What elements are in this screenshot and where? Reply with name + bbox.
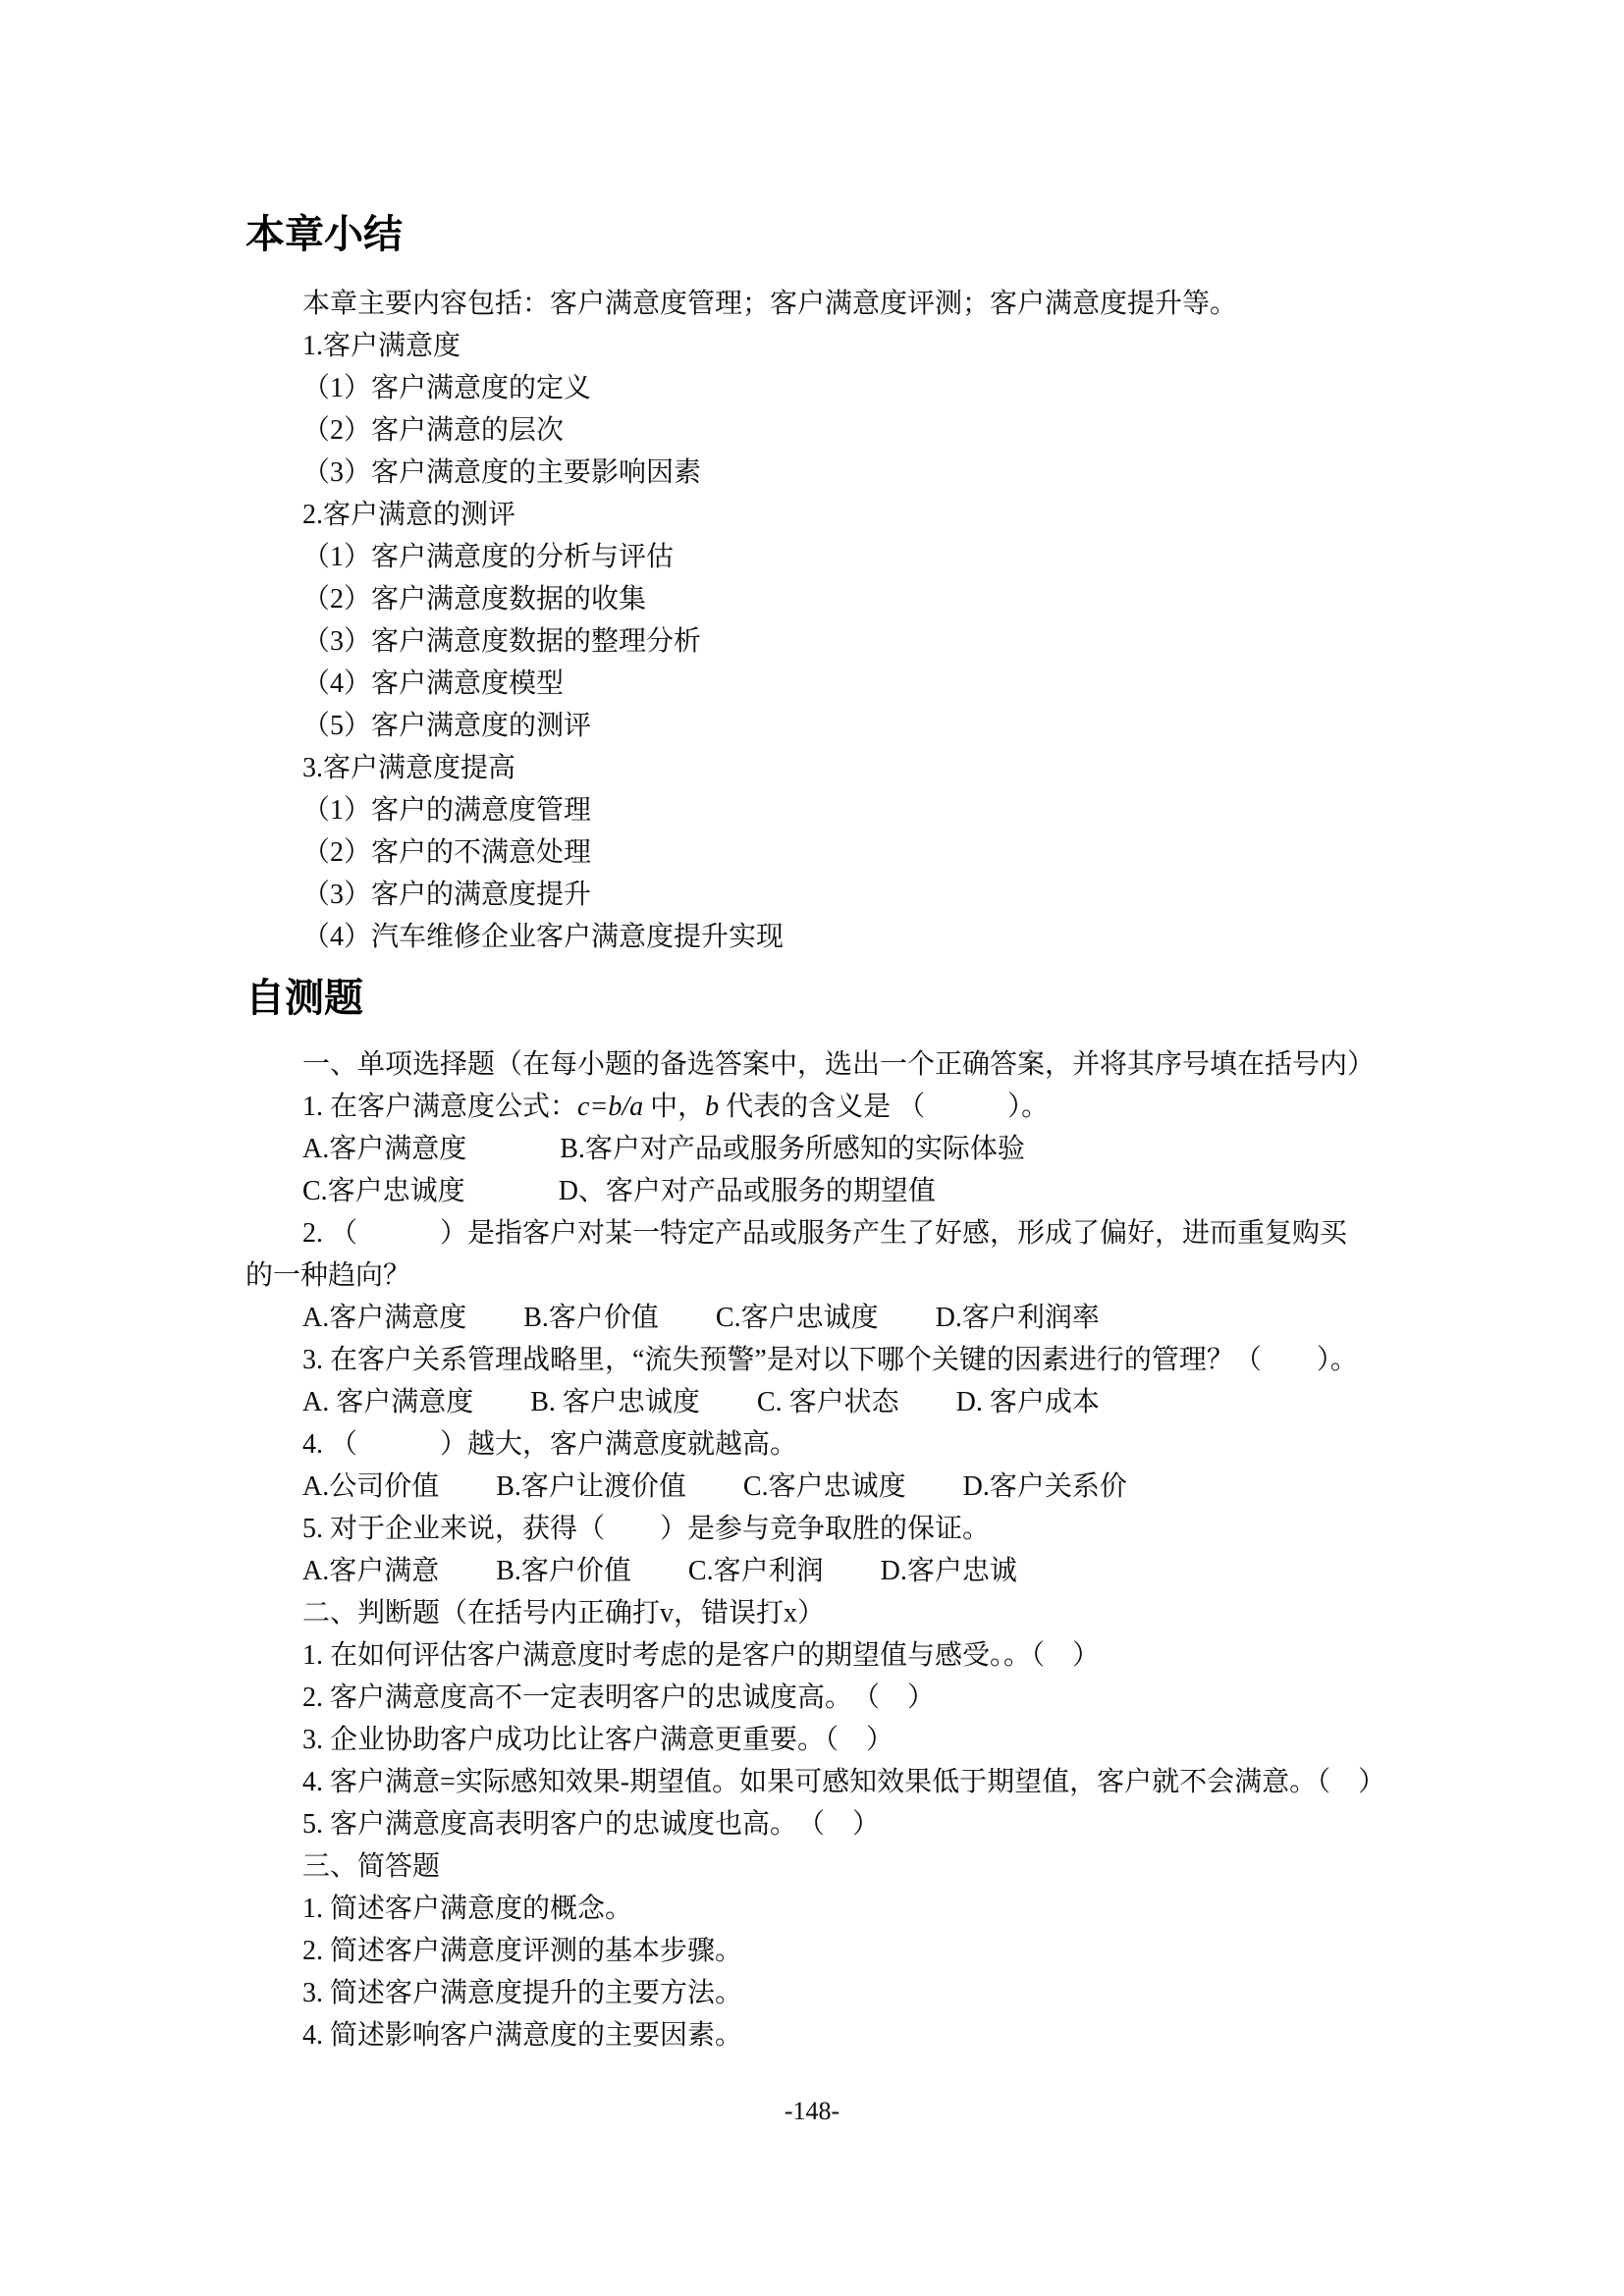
option: A.客户满意 (302, 1550, 439, 1592)
option: D.客户利润率 (936, 1297, 1100, 1339)
option: D. 客户成本 (956, 1381, 1100, 1423)
option: A.公司价值 (302, 1466, 439, 1508)
q4-options-row: A.公司价值 B.客户让渡价值 C.客户忠诚度 D.客户关系价 (245, 1466, 1492, 1508)
chapter-summary-title: 本章小结 (245, 211, 1492, 258)
summary-item: （1）客户满意度的分析与评估 (245, 536, 1492, 578)
multiple-choice-header: 一、单项选择题（在每小题的备选答案中，选出一个正确答案，并将其序号填在括号内） (245, 1043, 1492, 1086)
true-false-item: 5. 客户满意度高表明客户的忠诚度也高。 （ ） (245, 1803, 1492, 1845)
option: B.客户价值 (523, 1297, 659, 1339)
short-answer-item: 1. 简述客户满意度的概念。 (245, 1888, 1492, 1930)
option: D.客户关系价 (963, 1466, 1127, 1508)
option: C. 客户状态 (757, 1381, 899, 1423)
true-false-item: 3. 企业协助客户成功比让客户满意更重要。（ ） (245, 1719, 1492, 1761)
short-answer-header: 三、简答题 (245, 1845, 1492, 1888)
option: B.客户对产品或服务所感知的实际体验 (560, 1128, 1025, 1170)
question-stem-3: 3. 在客户关系管理战略里，“流失预警”是对以下哪个关键的因素进行的管理？（ ）… (245, 1339, 1492, 1381)
q3-options-row: A. 客户满意度 B. 客户忠诚度 C. 客户状态 D. 客户成本 (245, 1381, 1492, 1423)
summary-item: （1）客户的满意度管理 (245, 789, 1492, 831)
option: B. 客户忠诚度 (530, 1381, 700, 1423)
summary-item: （1）客户满意度的定义 (245, 367, 1492, 409)
summary-item: （2）客户的不满意处理 (245, 831, 1492, 874)
summary-item: （5）客户满意度的测评 (245, 705, 1492, 747)
summary-item: 2.客户满意的测评 (245, 494, 1492, 536)
summary-item: 1.客户满意度 (245, 325, 1492, 367)
option: A.客户满意度 (302, 1128, 466, 1170)
summary-item: （4）客户满意度模型 (245, 663, 1492, 705)
summary-item: （2）客户满意度数据的收集 (245, 578, 1492, 620)
question-stem-4: 4. （ ）越大，客户满意度就越高。 (245, 1423, 1492, 1466)
question-stem-1: 1. 在客户满意度公式：c=b/a 中，b 代表的含义是 （ ）。 (245, 1086, 1492, 1128)
true-false-item: 1. 在如何评估客户满意度时考虑的是客户的期望值与感受。。（ ） (245, 1634, 1492, 1677)
q1-options-row: C.客户忠诚度 D、客户对产品或服务的期望值 (245, 1170, 1492, 1212)
true-false-item: 4. 客户满意=实际感知效果-期望值。如果可感知效果低于期望值，客户就不会满意。… (245, 1761, 1492, 1803)
q1-variable: b (705, 1092, 719, 1122)
option: A.客户满意度 (302, 1297, 466, 1339)
short-answer-item: 3. 简述客户满意度提升的主要方法。 (245, 1972, 1492, 2014)
option: C.客户忠诚度 (716, 1297, 879, 1339)
summary-intro: 本章主要内容包括：客户满意度管理；客户满意度评测；客户满意度提升等。 (245, 283, 1492, 325)
summary-item: （4）汽车维修企业客户满意度提升实现 (245, 916, 1492, 958)
question-stem-2-wrap: 的一种趋向？ (245, 1255, 1492, 1297)
summary-item: （2）客户满意的层次 (245, 409, 1492, 452)
option: B.客户让渡价值 (496, 1466, 686, 1508)
summary-item: （3）客户满意度的主要影响因素 (245, 452, 1492, 494)
q1-text-post: 代表的含义是 （ ）。 (719, 1092, 1049, 1122)
true-false-header: 二、判断题（在括号内正确打v，错误打x） (245, 1592, 1492, 1634)
q1-text-mid: 中， (643, 1092, 705, 1122)
document-page: 本章小结 本章主要内容包括：客户满意度管理；客户满意度评测；客户满意度提升等。 … (0, 0, 1624, 2296)
question-stem-5: 5. 对于企业来说，获得（ ）是参与竞争取胜的保证。 (245, 1508, 1492, 1550)
page-number: -148- (0, 2097, 1624, 2126)
q1-options-row: A.客户满意度 B.客户对产品或服务所感知的实际体验 (245, 1128, 1492, 1170)
true-false-item: 2. 客户满意度高不一定表明客户的忠诚度高。 （ ） (245, 1677, 1492, 1719)
question-stem-2: 2. （ ）是指客户对某一特定产品或服务产生了好感，形成了偏好，进而重复购买 (245, 1212, 1492, 1255)
text-column: 本章小结 本章主要内容包括：客户满意度管理；客户满意度评测；客户满意度提升等。 … (245, 0, 1492, 2056)
option: B.客户价值 (496, 1550, 631, 1592)
option: D、客户对产品或服务的期望值 (559, 1170, 936, 1212)
option: C.客户利润 (688, 1550, 824, 1592)
short-answer-item: 2. 简述客户满意度评测的基本步骤。 (245, 1930, 1492, 1972)
self-test-title: 自测题 (245, 975, 1492, 1022)
summary-item: （3）客户的满意度提升 (245, 874, 1492, 916)
summary-item: （3）客户满意度数据的整理分析 (245, 620, 1492, 663)
option: C.客户忠诚度 (302, 1170, 465, 1212)
option: C.客户忠诚度 (743, 1466, 906, 1508)
summary-item: 3.客户满意度提高 (245, 747, 1492, 789)
option: D.客户忠诚 (881, 1550, 1017, 1592)
q5-options-row: A.客户满意 B.客户价值 C.客户利润 D.客户忠诚 (245, 1550, 1492, 1592)
q1-text-pre: 1. 在客户满意度公式： (302, 1092, 577, 1122)
option: A. 客户满意度 (302, 1381, 473, 1423)
q2-options-row: A.客户满意度 B.客户价值 C.客户忠诚度 D.客户利润率 (245, 1297, 1492, 1339)
q1-formula: c=b/a (577, 1092, 643, 1122)
short-answer-item: 4. 简述影响客户满意度的主要因素。 (245, 2014, 1492, 2056)
